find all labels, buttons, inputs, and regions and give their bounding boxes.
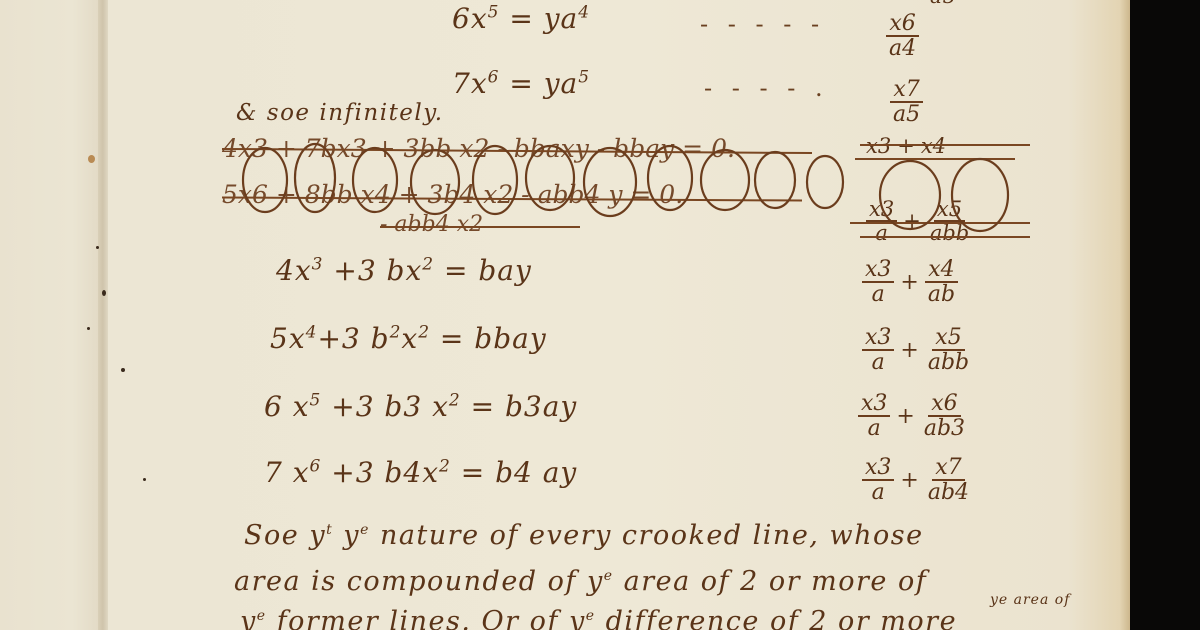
exponent: 5 xyxy=(488,3,500,23)
superscript: e xyxy=(604,568,614,584)
numerator: x3 xyxy=(858,392,890,417)
text: nature of every crooked line, whose xyxy=(370,520,924,551)
term: +3 b4 xyxy=(321,456,422,489)
plus: + xyxy=(900,270,918,295)
variable: x xyxy=(283,390,310,423)
variable: x xyxy=(422,456,439,489)
numerator: x5 xyxy=(932,326,964,351)
equation-text: 7 x6 +3 b4x2 = b4 ay xyxy=(264,456,577,489)
numerator: x7 xyxy=(932,456,964,481)
term: +3 b xyxy=(317,322,389,355)
numerator: x6 xyxy=(886,12,918,37)
numerator: x3 xyxy=(862,456,894,481)
exponent: 2 xyxy=(418,323,430,343)
rhs: = ya xyxy=(509,67,578,100)
cancellation-loops xyxy=(230,140,1030,250)
result-fraction: x3a + x4ab xyxy=(862,258,958,306)
rhs: = bay xyxy=(444,254,532,287)
paper-speck xyxy=(102,290,106,296)
denominator: ab xyxy=(925,283,958,306)
variable: x xyxy=(295,254,312,287)
exponent: 2 xyxy=(449,391,461,411)
result-fraction: x3a + x7ab4 xyxy=(862,456,972,504)
denominator: ab4 xyxy=(925,481,972,504)
equation-text: 6 x5 +3 b3 x2 = b3ay xyxy=(264,390,577,423)
rhs: = b4 ay xyxy=(461,456,578,489)
exponent: 2 xyxy=(422,255,434,275)
denominator: a4 xyxy=(886,37,919,60)
denominator: abb xyxy=(925,351,972,374)
variable: x xyxy=(405,254,422,287)
equation-text: 7x6 = ya5 xyxy=(452,67,590,100)
text: Soe y xyxy=(244,520,326,551)
coefficient: 7 xyxy=(264,456,283,489)
exponent: 5 xyxy=(310,391,322,411)
denominator: a5 xyxy=(890,103,923,126)
left-page xyxy=(0,0,104,630)
equation-text: 5x4+3 b2x2 = bbay xyxy=(270,322,547,355)
prose-line-2: area is compounded of ye area of 2 or mo… xyxy=(234,566,927,597)
prose-line-3: ye former lines. Or of ye difference of … xyxy=(240,606,957,630)
equation-text: 4x3 +3 bx2 = bay xyxy=(276,254,532,287)
superscript: e xyxy=(257,608,267,624)
denominator: a xyxy=(865,417,884,440)
exponent: 2 xyxy=(390,323,402,343)
denominator: a xyxy=(869,481,888,504)
fraction: x6a4 xyxy=(886,12,919,60)
coefficient: 4 xyxy=(276,254,295,287)
plus: + xyxy=(900,338,918,363)
exponent: 2 xyxy=(439,457,451,477)
superscript: e xyxy=(360,522,370,538)
numerator: x3 xyxy=(862,326,894,351)
denominator: a xyxy=(869,283,888,306)
rhs: = bbay xyxy=(440,322,547,355)
coefficient: 6 xyxy=(264,390,283,423)
paper-speck xyxy=(143,478,146,481)
text: area of 2 or more of xyxy=(614,566,928,597)
variable: x xyxy=(283,456,310,489)
equation-text: 6x5 = ya4 xyxy=(452,2,590,35)
result-fraction: x3a + x6ab3 xyxy=(858,392,968,440)
numerator: x7 xyxy=(890,78,922,103)
text: area is compounded of y xyxy=(234,566,604,597)
plus: + xyxy=(900,468,918,493)
superscript: e xyxy=(586,608,596,624)
numerator: x4 xyxy=(925,258,957,283)
interlinear-insert: ye area of xyxy=(990,592,1070,608)
paper-speck xyxy=(121,368,125,372)
coefficient: 5 xyxy=(270,322,289,355)
text: y xyxy=(240,606,257,630)
numerator: x6 xyxy=(928,392,960,417)
exponent: 4 xyxy=(578,3,590,23)
fraction: x7a5 xyxy=(890,78,923,126)
exponent: 5 xyxy=(578,68,590,88)
paper-speck xyxy=(87,327,90,330)
partial-denominator: a3 xyxy=(930,0,957,8)
paper-speck xyxy=(96,246,99,249)
rhs: = b3ay xyxy=(471,390,578,423)
variable: x xyxy=(289,322,306,355)
text: y xyxy=(333,520,360,551)
text: difference of xyxy=(596,606,800,630)
denominator: ab3 xyxy=(921,417,968,440)
lhs: 6x xyxy=(452,2,488,35)
term: +3 b3 xyxy=(321,390,432,423)
exponent: 6 xyxy=(310,457,322,477)
plus: + xyxy=(896,404,914,429)
rhs: = ya xyxy=(509,2,578,35)
exponent: 4 xyxy=(306,323,318,343)
text: 2 or more xyxy=(799,606,957,630)
variable: x xyxy=(401,322,418,355)
text: former lines. Or of y xyxy=(267,606,586,630)
exponent: 3 xyxy=(312,255,324,275)
lhs: 7x xyxy=(452,67,488,100)
exponent: 6 xyxy=(488,68,500,88)
term: +3 b xyxy=(323,254,405,287)
denominator: a xyxy=(869,351,888,374)
leader-dashes: - - - - . xyxy=(704,74,829,102)
result-fraction: x3a + x5abb xyxy=(862,326,972,374)
prose-line-1: Soe yt ye nature of every crooked line, … xyxy=(244,520,924,551)
paper-stain xyxy=(88,155,95,163)
leader-dashes: - - - - - xyxy=(700,10,825,38)
note-infinitely: & soe infinitely. xyxy=(236,100,444,126)
background-edge xyxy=(1130,0,1200,630)
variable: x xyxy=(432,390,449,423)
numerator: x3 xyxy=(862,258,894,283)
